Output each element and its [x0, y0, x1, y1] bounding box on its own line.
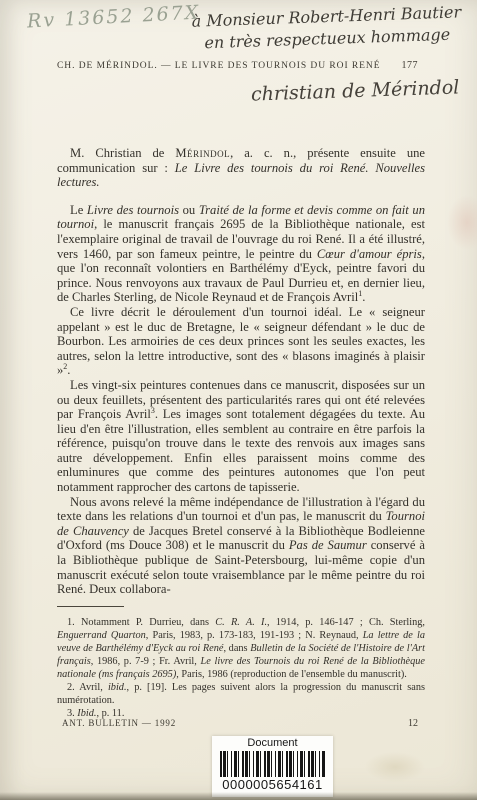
footer-page-number: 12 — [408, 718, 418, 729]
running-header: CH. DE MÉRINDOL. — LE LIVRE DES TOURNOIS… — [57, 60, 418, 71]
footnote: 1. Notamment P. Durrieu, dans C. R. A. I… — [57, 616, 425, 681]
footnotes: 1. Notamment P. Durrieu, dans C. R. A. I… — [57, 616, 425, 720]
body-text: M. Christian de Mérindol, a. c. n., prés… — [57, 146, 425, 597]
running-title: CH. DE MÉRINDOL. — LE LIVRE DES TOURNOIS… — [57, 61, 381, 71]
body-paragraph: Ce livre décrit le déroulement d'un tour… — [57, 305, 425, 378]
shelfmark-annotation: Rv 13652 267X — [27, 1, 201, 32]
body-paragraph: Les vingt-six peintures contenues dans c… — [57, 378, 425, 495]
handwritten-signature: christian de Mérindol — [250, 76, 459, 105]
barcode-caption: Document — [212, 737, 333, 750]
body-paragraph: M. Christian de Mérindol, a. c. n., prés… — [57, 146, 425, 190]
scan-bottom-edge — [0, 792, 477, 800]
footer-imprint: ANT. BULLETIN — 1992 — [62, 718, 176, 728]
footnote-separator-rule — [57, 606, 124, 607]
barcode-icon — [220, 751, 326, 777]
page-footer: ANT. BULLETIN — 1992 12 — [62, 718, 418, 729]
body-paragraph: Le Livre des tournois ou Traité de la fo… — [57, 203, 425, 305]
scan-stain — [365, 752, 425, 782]
barcode-number: 0000005654161 — [212, 777, 333, 793]
library-barcode-sticker: Document 0000005654161 — [212, 736, 333, 797]
scan-stain — [447, 195, 477, 250]
handwritten-dedication: à Monsieur Robert-Henri Bautier en très … — [191, 1, 462, 54]
scanned-page: Rv 13652 267X à Monsieur Robert-Henri Ba… — [0, 0, 477, 800]
body-paragraph: Nous avons relevé la même indépendance d… — [57, 495, 425, 597]
footnote: 2. Avril, ibid., p. [19]. Les pages suiv… — [57, 681, 425, 707]
page-number: 177 — [402, 60, 419, 71]
